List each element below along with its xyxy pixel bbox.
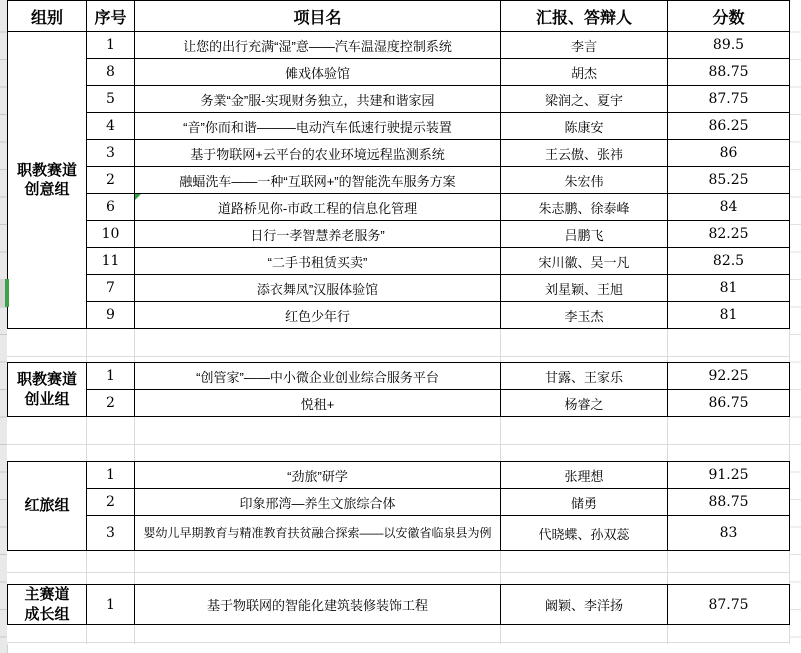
group-name-cell[interactable]: 职教赛道创业组 xyxy=(8,363,87,417)
score-cell[interactable]: 84 xyxy=(668,194,790,221)
group-table-4: 主赛道成长组1基于物联网的智能化建筑装修装饰工程阚颖、李洋扬87.75 xyxy=(7,584,790,625)
table-row: 3婴幼儿早期教育与精准教育扶贫融合探索——以安徽省临泉县为例代晓蝶、孙双蕊83 xyxy=(8,516,790,551)
table-row: 7添衣舞凤”汉服体验馆刘星颖、王旭81 xyxy=(8,275,790,302)
presenter-cell[interactable]: 胡杰 xyxy=(501,59,668,86)
project-name-cell[interactable]: “二手书租赁买卖” xyxy=(135,248,501,275)
project-name-cell[interactable]: “劲旅”研学 xyxy=(135,462,501,489)
table-row: 10日行一孝智慧养老服务”吕鹏飞82.25 xyxy=(8,221,790,248)
group-name-line: 职教赛道 xyxy=(10,161,84,181)
group-name-line: 红旅组 xyxy=(10,496,84,516)
score-cell[interactable]: 85.25 xyxy=(668,167,790,194)
group-table-3: 红旅组1“劲旅”研学张理想91.252印象邢湾—养生文旅综合体储勇88.753婴… xyxy=(7,461,790,551)
presenter-cell[interactable]: 甘露、王家乐 xyxy=(501,363,668,390)
project-name-cell[interactable]: 红色少年行 xyxy=(135,302,501,329)
project-name-cell[interactable]: 务業“金”服-实现财务独立，共建和谐家园 xyxy=(135,86,501,113)
empty-rows-gap xyxy=(7,625,790,644)
score-cell[interactable]: 81 xyxy=(668,302,790,329)
serial-cell[interactable]: 2 xyxy=(87,489,135,516)
table-row: 2悦租+杨睿之86.75 xyxy=(8,390,790,417)
table-row: 5务業“金”服-实现财务独立，共建和谐家园梁润之、夏宇87.75 xyxy=(8,86,790,113)
serial-cell[interactable]: 5 xyxy=(87,86,135,113)
score-cell[interactable]: 86 xyxy=(668,140,790,167)
table-row: 8傩戏体验馆胡杰88.75 xyxy=(8,59,790,86)
score-cell[interactable]: 88.75 xyxy=(668,59,790,86)
presenter-cell[interactable]: 代晓蝶、孙双蕊 xyxy=(501,516,668,551)
empty-rows-gap xyxy=(7,551,790,584)
table-row: 11“二手书租赁买卖”宋川徽、吴一凡82.5 xyxy=(8,248,790,275)
table-row: 2融蝠洗车——一种“互联网+”的智能洗车服务方案朱宏伟85.25 xyxy=(8,167,790,194)
col-header-score[interactable]: 分数 xyxy=(668,1,790,32)
project-name-cell[interactable]: 基于物联网+云平台的农业环境远程监测系统 xyxy=(135,140,501,167)
project-name-cell[interactable]: 日行一孝智慧养老服务” xyxy=(135,221,501,248)
col-header-no[interactable]: 序号 xyxy=(87,1,135,32)
group-name-line: 创意组 xyxy=(10,180,84,200)
col-header-group[interactable]: 组别 xyxy=(8,1,87,32)
row-header-gridlines xyxy=(0,5,7,653)
presenter-cell[interactable]: 张理想 xyxy=(501,462,668,489)
presenter-cell[interactable]: 储勇 xyxy=(501,489,668,516)
serial-cell[interactable]: 6 xyxy=(87,194,135,221)
serial-cell[interactable]: 1 xyxy=(87,363,135,390)
col-header-project[interactable]: 项目名 xyxy=(135,1,501,32)
table-row: 职教赛道创业组1“创管家”——中小微企业创业综合服务平台甘露、王家乐92.25 xyxy=(8,363,790,390)
presenter-cell[interactable]: 朱志鹏、徐泰峰 xyxy=(501,194,668,221)
project-name-cell[interactable]: 添衣舞凤”汉服体验馆 xyxy=(135,275,501,302)
project-name-cell[interactable]: 印象邢湾—养生文旅综合体 xyxy=(135,489,501,516)
header-row: 组别 序号 项目名 汇报、答辩人 分数 xyxy=(8,1,790,32)
presenter-cell[interactable]: 王云傲、张祎 xyxy=(501,140,668,167)
empty-rows-gap xyxy=(7,329,790,362)
project-name-cell[interactable]: “音”你而和谐———电动汽车低速行驶提示装置 xyxy=(135,113,501,140)
serial-cell[interactable]: 1 xyxy=(87,585,135,625)
table-row: 职教赛道创意组1让您的出行充满“湿”意——汽车温湿度控制系统李言89.5 xyxy=(8,32,790,59)
presenter-cell[interactable]: 刘星颖、王旭 xyxy=(501,275,668,302)
serial-cell[interactable]: 1 xyxy=(87,32,135,59)
table-row: 红旅组1“劲旅”研学张理想91.25 xyxy=(8,462,790,489)
score-cell[interactable]: 81 xyxy=(668,275,790,302)
table-row: 2印象邢湾—养生文旅综合体储勇88.75 xyxy=(8,489,790,516)
group-name-cell[interactable]: 职教赛道创意组 xyxy=(8,32,87,329)
project-name-cell[interactable]: 傩戏体验馆 xyxy=(135,59,501,86)
empty-rows-gap xyxy=(7,417,790,461)
table-row: 4“音”你而和谐———电动汽车低速行驶提示装置陈康安86.25 xyxy=(8,113,790,140)
presenter-cell[interactable]: 李玉杰 xyxy=(501,302,668,329)
group-name-line: 成长组 xyxy=(10,605,84,625)
project-name-cell[interactable]: 婴幼儿早期教育与精准教育扶贫融合探索——以安徽省临泉县为例 xyxy=(135,516,501,551)
presenter-cell[interactable]: 宋川徽、吴一凡 xyxy=(501,248,668,275)
score-cell[interactable]: 92.25 xyxy=(668,363,790,390)
selection-indicator xyxy=(5,279,9,307)
score-cell[interactable]: 83 xyxy=(668,516,790,551)
serial-cell[interactable]: 3 xyxy=(87,140,135,167)
score-cell[interactable]: 86.75 xyxy=(668,390,790,417)
serial-cell[interactable]: 9 xyxy=(87,302,135,329)
project-name-cell[interactable]: 悦租+ xyxy=(135,390,501,417)
serial-cell[interactable]: 7 xyxy=(87,275,135,302)
score-cell[interactable]: 87.75 xyxy=(668,86,790,113)
presenter-cell[interactable]: 李言 xyxy=(501,32,668,59)
sliver-gridlines xyxy=(790,5,801,653)
serial-cell[interactable]: 2 xyxy=(87,390,135,417)
project-name-cell[interactable]: 让您的出行充满“湿”意——汽车温湿度控制系统 xyxy=(135,32,501,59)
presenter-cell[interactable]: 吕鹏飞 xyxy=(501,221,668,248)
serial-cell[interactable]: 11 xyxy=(87,248,135,275)
col-header-presenter[interactable]: 汇报、答辩人 xyxy=(501,1,668,32)
score-cell[interactable]: 91.25 xyxy=(668,462,790,489)
serial-cell[interactable]: 8 xyxy=(87,59,135,86)
presenter-cell[interactable]: 陈康安 xyxy=(501,113,668,140)
score-cell[interactable]: 86.25 xyxy=(668,113,790,140)
presenter-cell[interactable]: 阚颖、李洋扬 xyxy=(501,585,668,625)
serial-cell[interactable]: 10 xyxy=(87,221,135,248)
score-cell[interactable]: 82.5 xyxy=(668,248,790,275)
serial-cell[interactable]: 3 xyxy=(87,516,135,551)
group-name-cell[interactable]: 红旅组 xyxy=(8,462,87,551)
group-name-line: 职教赛道 xyxy=(10,370,84,390)
group-table-2: 职教赛道创业组1“创管家”——中小微企业创业综合服务平台甘露、王家乐92.252… xyxy=(7,362,790,417)
presenter-cell[interactable]: 梁润之、夏宇 xyxy=(501,86,668,113)
group-name-cell[interactable]: 主赛道成长组 xyxy=(8,585,87,625)
project-name-cell[interactable]: “创管家”——中小微企业创业综合服务平台 xyxy=(135,363,501,390)
table-row: 9红色少年行李玉杰81 xyxy=(8,302,790,329)
project-name-cell[interactable]: 融蝠洗车——一种“互联网+”的智能洗车服务方案 xyxy=(135,167,501,194)
score-cell[interactable]: 88.75 xyxy=(668,489,790,516)
score-table: 组别 序号 项目名 汇报、答辩人 分数 职教赛道创意组1让您的出行充满“湿”意—… xyxy=(7,0,790,644)
score-cell[interactable]: 82.25 xyxy=(668,221,790,248)
serial-cell[interactable]: 4 xyxy=(87,113,135,140)
group-name-line: 主赛道 xyxy=(10,585,84,605)
error-indicator-icon xyxy=(135,194,141,200)
group-table-1: 组别 序号 项目名 汇报、答辩人 分数 职教赛道创意组1让您的出行充满“湿”意—… xyxy=(7,0,790,329)
score-cell[interactable]: 87.75 xyxy=(668,585,790,625)
project-name-cell[interactable]: 基于物联网的智能化建筑装修装饰工程 xyxy=(135,585,501,625)
presenter-cell[interactable]: 朱宏伟 xyxy=(501,167,668,194)
spreadsheet-view: 组别 序号 项目名 汇报、答辩人 分数 职教赛道创意组1让您的出行充满“湿”意—… xyxy=(0,0,801,653)
score-cell[interactable]: 89.5 xyxy=(668,32,790,59)
table-row: 6道路桥见你-市政工程的信息化管理朱志鹏、徐泰峰84 xyxy=(8,194,790,221)
table-row: 主赛道成长组1基于物联网的智能化建筑装修装饰工程阚颖、李洋扬87.75 xyxy=(8,585,790,625)
next-column-sliver xyxy=(790,0,801,653)
serial-cell[interactable]: 1 xyxy=(87,462,135,489)
presenter-cell[interactable]: 杨睿之 xyxy=(501,390,668,417)
project-name-cell[interactable]: 道路桥见你-市政工程的信息化管理 xyxy=(135,194,501,221)
group-name-line: 创业组 xyxy=(10,390,84,410)
serial-cell[interactable]: 2 xyxy=(87,167,135,194)
table-row: 3基于物联网+云平台的农业环境远程监测系统王云傲、张祎86 xyxy=(8,140,790,167)
